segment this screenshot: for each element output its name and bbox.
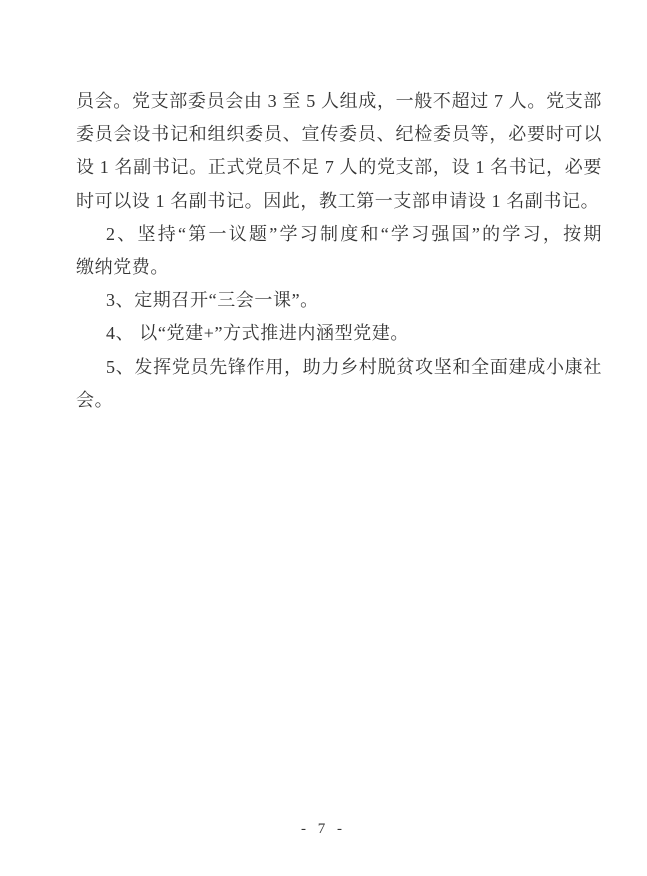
body-line: 时可以设 1 名副书记。因此，教工第一支部申请设 1 名副书记。 bbox=[76, 185, 602, 218]
page-number: - 7 - bbox=[301, 821, 346, 837]
body-line-item-4: 4、 以“党建+”方式推进内涵型党建。 bbox=[76, 317, 602, 350]
body-line-item-5: 5、发挥党员先锋作用，助力乡村脱贫攻坚和全面建成小康社 bbox=[76, 351, 602, 384]
body-line: 缴纳党费。 bbox=[76, 251, 602, 284]
body-line: 员会。党支部委员会由 3 至 5 人组成，一般不超过 7 人。党支部 bbox=[76, 85, 602, 118]
body-line: 会。 bbox=[76, 384, 602, 417]
page-footer: - 7 - bbox=[0, 820, 647, 838]
body-line: 设 1 名副书记。正式党员不足 7 人的党支部，设 1 名书记，必要 bbox=[76, 151, 602, 184]
body-line-item-3: 3、定期召开“三会一课”。 bbox=[76, 284, 602, 317]
document-body: 员会。党支部委员会由 3 至 5 人组成，一般不超过 7 人。党支部 委员会设书… bbox=[76, 85, 602, 417]
document-page: 员会。党支部委员会由 3 至 5 人组成，一般不超过 7 人。党支部 委员会设书… bbox=[0, 0, 647, 876]
body-line: 委员会设书记和组织委员、宣传委员、纪检委员等，必要时可以 bbox=[76, 118, 602, 151]
body-line-item-2: 2、坚持“第一议题”学习制度和“学习强国”的学习，按期 bbox=[76, 218, 602, 251]
